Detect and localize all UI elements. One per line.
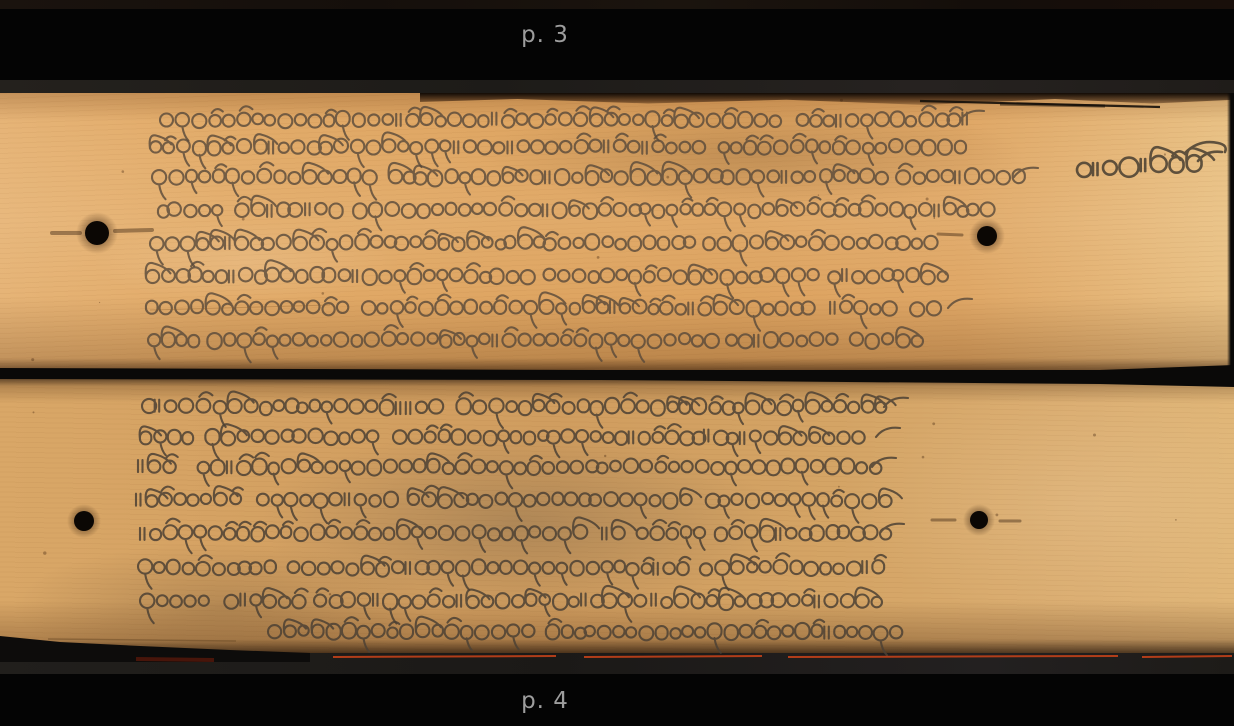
palm-leaf-page-4 — [0, 378, 1234, 656]
leaf-shadow-backing-bottom — [0, 653, 1234, 674]
manuscript-viewer-canvas: p. 3 p. 4 — [0, 0, 1234, 726]
page-number-bottom: p. 4 — [521, 688, 569, 714]
leaf-top-edge-stain — [420, 93, 1234, 108]
leaf-right-edge-gap — [1227, 93, 1234, 375]
page-number-top: p. 3 — [521, 22, 569, 48]
palm-leaf-page-3 — [0, 93, 1234, 375]
stacked-leaf-edge-texture — [0, 0, 1234, 9]
